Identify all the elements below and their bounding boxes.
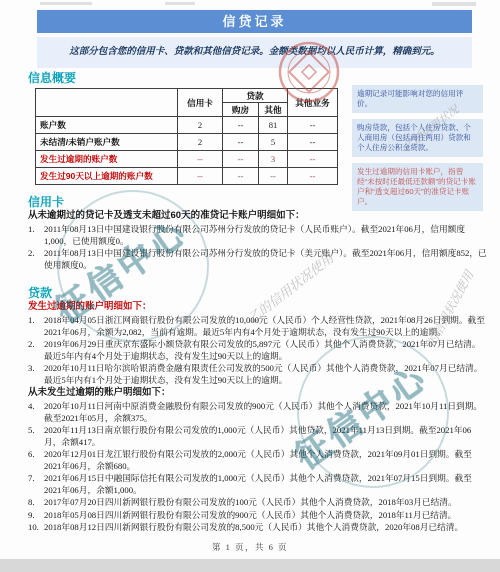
- cell-value: 81: [259, 117, 288, 134]
- row-label-overdue-90d-accounts: 发生过90天以上逾期的账户数: [36, 168, 178, 185]
- cell-value: --: [259, 168, 288, 185]
- item-text: 2018年04月05日浙江网商银行股份有限公司发放的10,000元（人民币）个人…: [44, 315, 488, 338]
- note-house-loan-definition: 购房贷款，包括个人住房贷款、个人商用房（包括商住两用）贷款和个人住房公积金贷款。: [352, 119, 483, 157]
- item-text: 2021年06月15日中融国际信托有限公司发放的1,000元（人民币）其他个人消…: [44, 473, 488, 496]
- list-item: 6. 2020年12月01日龙江银行股份有限公司发放的2,000元（人民币）其他…: [28, 449, 488, 472]
- cell-value: --: [178, 168, 223, 185]
- item-number: 8.: [28, 497, 44, 509]
- loans-overdue-intro: 发生过逾期的账户明细如下：: [28, 301, 488, 313]
- item-number: 4.: [28, 401, 44, 424]
- col-header-loan-house: 购房: [223, 103, 259, 117]
- page-title: 信贷记录: [37, 10, 472, 33]
- cell-value: --: [288, 168, 338, 185]
- col-header-loan: 贷款: [223, 89, 288, 103]
- list-item: 3. 2020年10月11日哈尔滨哈银消费金融有限责任公司发放的500元（人民币…: [28, 363, 488, 386]
- loans-clean-intro: 从未发生过逾期的账户明细如下：: [28, 387, 488, 399]
- note-overdue-impact: 逾期记录可能影响对您的信用评价。: [352, 85, 483, 113]
- cell-value: 2: [178, 117, 223, 134]
- item-number: 6.: [28, 449, 44, 472]
- summary-table: 信用卡 贷款 其他业务 购房 其他 账户数 2 -- 81 -- 未结清/未销户…: [35, 88, 338, 185]
- credit-card-intro: 从未逾期过的贷记卡及透支未超过60天的准贷记卡账户明细如下：: [28, 210, 488, 222]
- list-item: 2. 2011年08月13日中国建设银行股份有限公司苏州分行发放的贷记卡（美元账…: [28, 248, 488, 271]
- cell-value: --: [288, 151, 338, 168]
- item-number: 7.: [28, 473, 44, 496]
- cell-value: 3: [259, 151, 288, 168]
- list-item: 10. 2018年08月12日四川新网银行股份有限公司发放的8,500元（人民币…: [28, 522, 488, 534]
- cell-value: --: [288, 134, 338, 151]
- loan-section: 贷款 发生过逾期的账户明细如下： 1. 2018年04月05日浙江网商银行股份有…: [28, 286, 488, 535]
- item-number: 1.: [28, 315, 44, 338]
- item-text: 2020年12月01日龙江银行股份有限公司发放的2,000元（人民币）其他个人消…: [44, 449, 488, 472]
- row-label-overdue-accounts: 发生过逾期的账户数: [36, 151, 178, 168]
- page-subtitle: 这部分包含您的信用卡、贷款和其他信贷记录。金额类数据均以人民币计算，精确到元。: [37, 37, 472, 68]
- cell-value: --: [288, 117, 338, 134]
- list-item: 5. 2020年11月13日南京银行股份有限公司发放的1,000元（人民币）其他…: [28, 425, 488, 448]
- list-item: 9. 2018年05月08日四川新网银行股份有限公司发放的900元（人民币）其他…: [28, 510, 488, 522]
- credit-card-section: 信用卡 从未逾期过的贷记卡及透支未超过60天的准贷记卡账户明细如下： 1. 20…: [28, 195, 488, 272]
- item-text: 2019年06月29日重庆京东盛际小额贷款有限公司发放的5,897元（人民币）其…: [44, 339, 488, 362]
- col-header-credit-card: 信用卡: [178, 89, 223, 117]
- bottom-gray-bar: [0, 559, 500, 572]
- table-row: 账户数 2 -- 81 --: [36, 117, 338, 134]
- table-row: 发生过90天以上逾期的账户数 -- -- -- --: [36, 168, 338, 185]
- item-text: 2017年07月20日四川新网银行股份有限公司发放的100元（人民币）其他个人消…: [44, 497, 488, 509]
- section-title-loans: 贷款: [28, 286, 488, 300]
- cell-value: --: [223, 168, 259, 185]
- item-number: 3.: [28, 363, 44, 386]
- cell-value: --: [178, 151, 223, 168]
- row-label-open-accounts: 未结清/未销户账户数: [36, 134, 178, 151]
- credit-report-page: { "page": { "title": "信贷记录", "subtitle":…: [0, 0, 500, 572]
- item-number: 2.: [28, 248, 44, 271]
- table-row: 未结清/未销户账户数 2 -- 5 --: [36, 134, 338, 151]
- table-corner-cell: [36, 89, 178, 117]
- cell-value: --: [223, 151, 259, 168]
- cell-value: 5: [259, 134, 288, 151]
- item-text: 2011年08月13日中国建设银行股份有限公司苏州分行发放的贷记卡（美元账户）。…: [44, 248, 488, 271]
- cell-value: --: [223, 117, 259, 134]
- cell-value: 2: [178, 134, 223, 151]
- item-text: 2020年10月11日河南中原消费金融股份有限公司发放的900元（人民币）其他个…: [44, 401, 488, 424]
- row-label-accounts: 账户数: [36, 117, 178, 134]
- item-number: 2.: [28, 339, 44, 362]
- item-text: 2020年11月13日南京银行股份有限公司发放的1,000元（人民币）其他贷款，…: [44, 425, 488, 448]
- item-number: 5.: [28, 425, 44, 448]
- col-header-loan-other: 其他: [259, 103, 288, 117]
- item-number: 1.: [28, 224, 44, 247]
- section-title-credit-card: 信用卡: [28, 195, 488, 209]
- col-header-other-business: 其他业务: [288, 89, 338, 117]
- scan-artifact: [432, 2, 476, 6]
- table-row: 发生过逾期的账户数 -- -- 3 --: [36, 151, 338, 168]
- scan-artifact: [40, 2, 92, 5]
- section-title-summary: 信息概要: [28, 71, 76, 85]
- item-number: 9.: [28, 510, 44, 522]
- item-text: 2018年08月12日四川新网银行股份有限公司发放的8,500元（人民币）其他个…: [44, 522, 488, 534]
- scan-artifact: [165, 2, 195, 5]
- list-item: 7. 2021年06月15日中融国际信托有限公司发放的1,000元（人民币）其他…: [28, 473, 488, 496]
- list-item: 1. 2018年04月05日浙江网商银行股份有限公司发放的10,000元（人民币…: [28, 315, 488, 338]
- item-text: 2011年08月13日中国建设银行股份有限公司苏州分行发放的贷记卡（人民币账户）…: [44, 224, 488, 247]
- list-item: 1. 2011年08月13日中国建设银行股份有限公司苏州分行发放的贷记卡（人民币…: [28, 224, 488, 247]
- list-item: 8. 2017年07月20日四川新网银行股份有限公司发放的100元（人民币）其他…: [28, 497, 488, 509]
- item-number: 10.: [28, 522, 44, 534]
- list-item: 4. 2020年10月11日河南中原消费金融股份有限公司发放的900元（人民币）…: [28, 401, 488, 424]
- item-text: 2020年10月11日哈尔滨哈银消费金融有限责任公司发放的500元（人民币）其他…: [44, 363, 488, 386]
- page-number: 第 1 页，共 6 页: [0, 541, 500, 553]
- item-text: 2018年05月08日四川新网银行股份有限公司发放的900元（人民币）其他个人消…: [44, 510, 488, 522]
- list-item: 2. 2019年06月29日重庆京东盛际小额贷款有限公司发放的5,897元（人民…: [28, 339, 488, 362]
- cell-value: --: [223, 134, 259, 151]
